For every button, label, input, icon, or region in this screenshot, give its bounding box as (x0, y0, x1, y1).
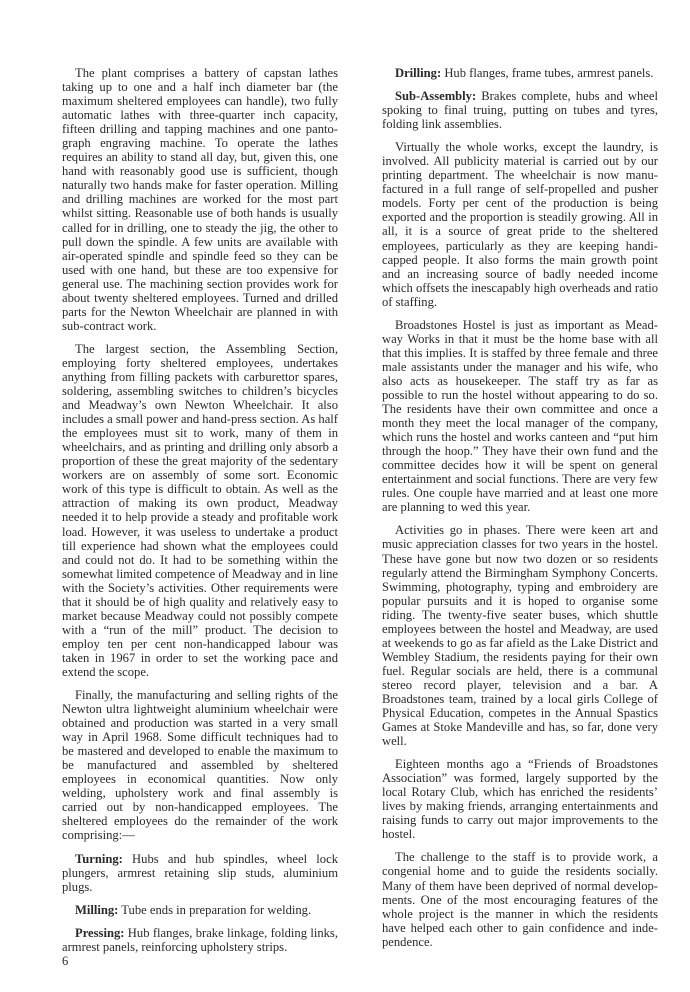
work-item-pressing: Pressing: Hub flanges, brake linkage, fo… (62, 926, 338, 954)
work-item-text: Hub flanges, frame tubes, armrest panels… (441, 66, 653, 80)
work-item-label: Drilling: (395, 66, 441, 80)
paragraph-whole-works: Virtually the whole works, except the la… (382, 140, 658, 309)
paragraph-plant-machinery: The plant comprises a battery of capstan… (62, 66, 338, 333)
work-item-milling: Milling: Tube ends in preparation for we… (62, 903, 338, 917)
left-column: The plant comprises a battery of capstan… (62, 66, 338, 963)
paragraph-friends-association: Eighteen months ago a “Friends of Broads… (382, 757, 658, 841)
work-item-drilling: Drilling: Hub flanges, frame tubes, armr… (382, 66, 658, 80)
work-item-text: Tube ends in preparation for welding. (118, 903, 311, 917)
work-item-label: Sub-Assembly: (395, 89, 476, 103)
paragraph-newton-wheelchair: Finally, the manufacturing and selling r… (62, 688, 338, 843)
paragraph-challenge: The challenge to the staff is to provide… (382, 850, 658, 948)
paragraph-activities: Activities go in phases. There were keen… (382, 523, 658, 748)
paragraph-assembling-section: The largest section, the Assembling Sect… (62, 342, 338, 679)
work-item-turning: Turning: Hubs and hub spindles, wheel lo… (62, 852, 338, 894)
work-item-label: Turning: (75, 852, 123, 866)
work-item-label: Milling: (75, 903, 118, 917)
right-column: Drilling: Hub flanges, frame tubes, armr… (382, 66, 658, 958)
document-page: The plant comprises a battery of capstan… (0, 0, 690, 992)
paragraph-broadstones-hostel: Broadstones Hostel is just as important … (382, 318, 658, 515)
work-item-label: Pressing: (75, 926, 124, 940)
work-item-sub-assembly: Sub-Assembly: Brakes complete, hubs and … (382, 89, 658, 131)
page-number: 6 (62, 954, 68, 969)
